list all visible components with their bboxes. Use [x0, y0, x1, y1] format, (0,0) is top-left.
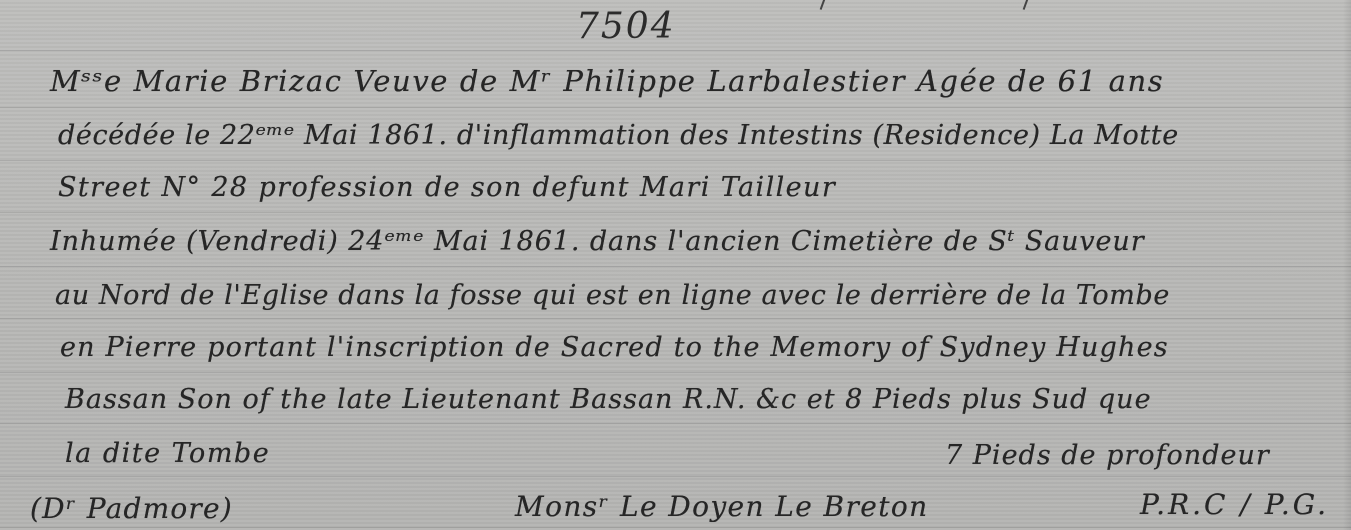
signature-right: P.R.C / P.G. [1140, 488, 1329, 521]
ruled-line [0, 372, 1351, 373]
signature-left: (Dʳ Padmore) [30, 492, 233, 525]
signature-center: Monsʳ Le Doyen Le Breton [515, 490, 929, 523]
ruled-line [0, 107, 1351, 108]
ruled-line [0, 160, 1351, 161]
entry-line-8: la dite Tombe [65, 438, 270, 469]
entry-line-1: Mˢˢe Marie Brizac Veuve de Mʳ Philippe L… [50, 64, 1164, 98]
entry-line-3: Street N° 28 profession de son defunt Ma… [58, 172, 836, 203]
ruled-line [0, 50, 1351, 51]
entry-line-4: Inhumée (Vendredi) 24ᵉᵐᵉ Mai 1861. dans … [50, 226, 1145, 257]
entry-line-7: Bassan Son of the late Lieutenant Bassan… [65, 384, 1152, 415]
entry-line-2: décédée le 22ᵉᵐᵉ Mai 1861. d'inflammatio… [58, 120, 1179, 151]
ruled-line [0, 476, 1351, 477]
ruled-line [0, 527, 1351, 528]
entry-line-6: en Pierre portant l'inscription de Sacre… [60, 332, 1169, 363]
ruled-line [0, 318, 1351, 319]
entry-number: 7504 [576, 6, 676, 47]
ruled-line [0, 266, 1351, 267]
page-edge-shadow [1343, 0, 1351, 530]
ruled-line [0, 212, 1351, 213]
ink-stroke-fragment [820, 0, 827, 10]
register-page: 7504 Mˢˢe Marie Brizac Veuve de Mʳ Phili… [0, 0, 1351, 530]
ink-stroke-fragment [1023, 0, 1030, 10]
ruled-line [0, 423, 1351, 424]
entry-line-5: au Nord de l'Eglise dans la fosse qui es… [55, 280, 1170, 311]
depth-note: 7 Pieds de profondeur [945, 440, 1270, 471]
